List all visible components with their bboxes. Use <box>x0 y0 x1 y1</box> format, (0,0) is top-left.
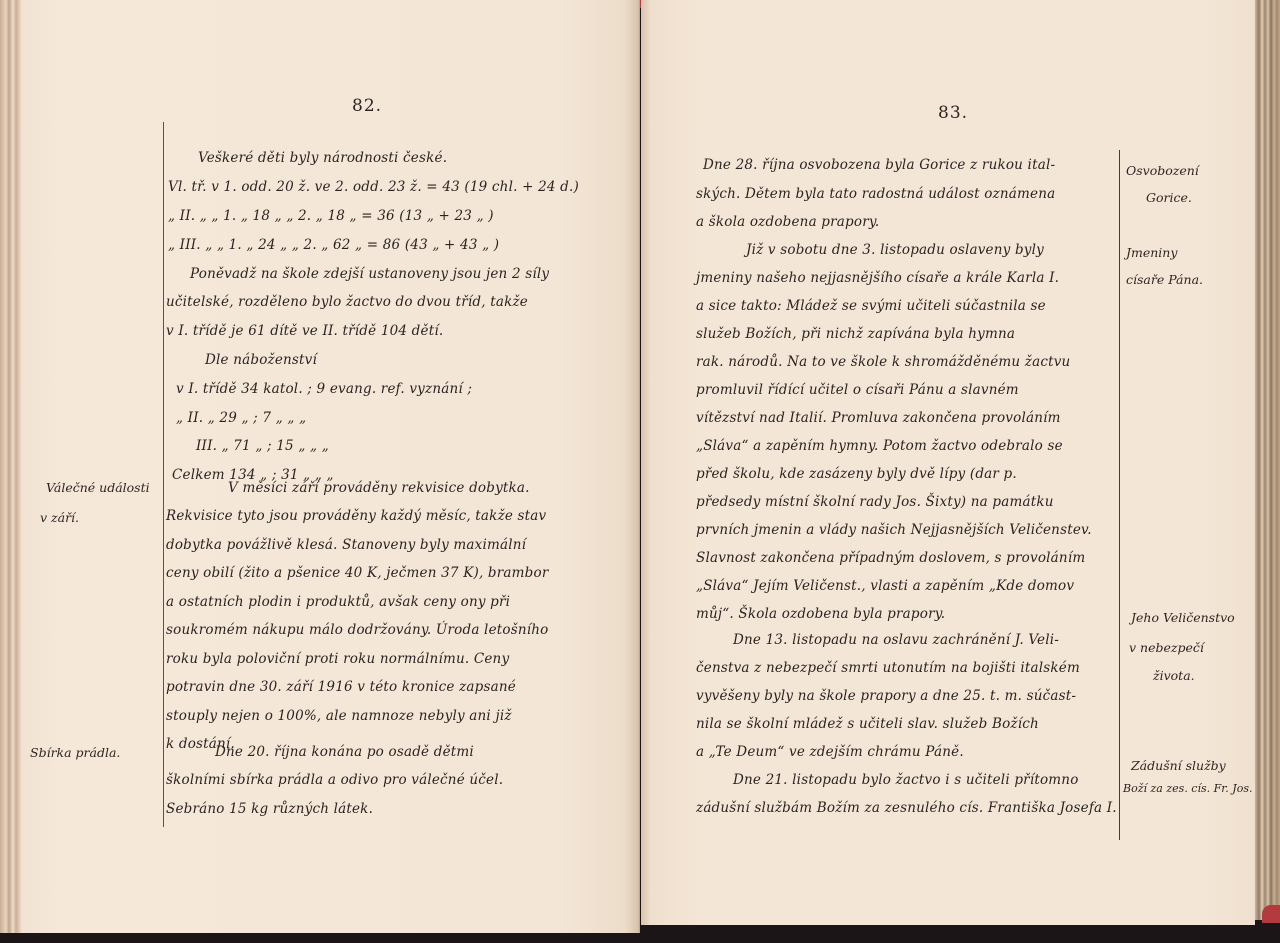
text-line: jmeniny našeho nejjasnějšího císaře a kr… <box>696 270 1059 286</box>
open-book-spread: 82. Veškeré děti byly národnosti české. … <box>0 0 1280 943</box>
text-line: Dle náboženství <box>205 352 317 368</box>
text-line: a ostatních plodin i produktů, avšak cen… <box>166 594 510 610</box>
text-line: zádušní službám Božím za zesnulého cís. … <box>696 800 1117 816</box>
text-line: „Sláva“ Jejím Veličenst., vlasti a zapěn… <box>696 578 1074 594</box>
margin-note: Jeho Veličenstvo <box>1131 610 1235 625</box>
text-line: „ III. „ „ 1. „ 24 „ „ 2. „ 62 „ = 86 (4… <box>168 237 499 253</box>
margin-note: Válečné události <box>46 480 150 495</box>
margin-note: Jmeniny <box>1126 245 1177 260</box>
text-line: rak. národů. Na to ve škole k shromážděn… <box>696 354 1070 370</box>
text-line: a sice takto: Mládež se svými učiteli sú… <box>696 298 1046 314</box>
text-line: Dne 21. listopadu bylo žactvo i s učitel… <box>733 772 1079 788</box>
text-line: roku byla poloviční proti roku normálním… <box>166 651 509 667</box>
margin-rule-right <box>1119 150 1120 840</box>
text-line: „ II. „ „ 1. „ 18 „ „ 2. „ 18 „ = 36 (13… <box>168 208 494 224</box>
text-line: nila se školní mládež s učiteli slav. sl… <box>696 716 1039 732</box>
text-line: učitelské, rozděleno bylo žactvo do dvou… <box>166 294 528 310</box>
text-line: ceny obilí (žito a pšenice 40 K, ječmen … <box>166 565 549 581</box>
text-line: Dne 13. listopadu na oslavu zachránění J… <box>733 632 1059 648</box>
page-stack-edge <box>1255 0 1280 920</box>
margin-note: v nebezpečí <box>1129 640 1204 655</box>
text-line: potravin dne 30. září 1916 v této kronic… <box>166 679 516 695</box>
margin-note: Sbírka prádla. <box>30 745 120 760</box>
text-line: soukromém nákupu málo dodržovány. Úroda … <box>166 622 548 638</box>
text-line: Dne 28. října osvobozena byla Gorice z r… <box>703 157 1055 173</box>
text-line: školními sbírka prádla a odivo pro váleč… <box>166 772 503 788</box>
margin-note: Boží za zes. cís. Fr. Jos. I. <box>1123 782 1264 795</box>
text-line: vyvěšeny byly na škole prapory a dne 25.… <box>696 688 1076 704</box>
text-line: V měsíci září prováděny rekvisice dobytk… <box>228 480 530 496</box>
page-number-right: 83. <box>938 103 968 123</box>
text-line: služeb Božích, při nichž zapívána byla h… <box>696 326 1015 342</box>
text-line: „ II. „ 29 „ ; 7 „ „ „ <box>176 410 306 426</box>
text-line: Sebráno 15 kg různých látek. <box>166 801 373 817</box>
margin-note: v září. <box>40 510 79 525</box>
left-page: 82. Veškeré děti byly národnosti české. … <box>0 0 640 933</box>
text-line: ských. Dětem byla tato radostná událost … <box>696 186 1055 202</box>
text-line: prvních jmenin a vlády našich Nejjasnějš… <box>696 522 1092 538</box>
text-line: promluvil řídící učitel o císaři Pánu a … <box>696 382 1019 398</box>
text-line: Veškeré děti byly národnosti české. <box>198 150 447 166</box>
margin-note: Gorice. <box>1146 190 1192 205</box>
text-line: a škola ozdobena prapory. <box>696 214 879 230</box>
text-line: Dne 20. října konána po osadě dětmi <box>215 744 474 760</box>
text-line: Slavnost zakončena případným doslovem, s… <box>696 550 1085 566</box>
text-line: před školu, kde zasázeny byly dvě lípy (… <box>696 466 1017 482</box>
text-line: v I. třídě 34 katol. ; 9 evang. ref. vyz… <box>176 381 472 397</box>
text-line: stouply nejen o 100%, ale namnoze nebyly… <box>166 708 512 724</box>
text-line: vítězství nad Italií. Promluva zakončena… <box>696 410 1061 426</box>
right-page: 83. Dne 28. října osvobozena byla Gorice… <box>641 0 1255 925</box>
text-line: v I. třídě je 61 dítě ve II. třídě 104 d… <box>166 323 443 339</box>
text-line: můj“. Škola ozdobena byla prapory. <box>696 606 945 622</box>
text-line: předsedy místní školní rady Jos. Šixty) … <box>696 494 1054 510</box>
page-number-left: 82. <box>352 96 382 116</box>
margin-note: císaře Pána. <box>1126 272 1203 287</box>
margin-note: Zádušní služby <box>1131 758 1226 773</box>
text-line: a „Te Deum“ ve zdejším chrámu Páně. <box>696 744 964 760</box>
margin-note: života. <box>1153 668 1195 683</box>
text-line: Rekvisice tyto jsou prováděny každý měsí… <box>166 508 546 524</box>
margin-note: Osvobození <box>1126 163 1199 178</box>
cover-corner <box>1262 905 1280 923</box>
text-line: Již v sobotu dne 3. listopadu oslaveny b… <box>746 242 1044 258</box>
text-line: III. „ 71 „ ; 15 „ „ „ <box>196 438 329 454</box>
text-line: „Sláva“ a zapěním hymny. Potom žactvo od… <box>696 438 1063 454</box>
text-line: dobytka povážlivě klesá. Stanoveny byly … <box>166 537 526 553</box>
text-line: čenstva z nebezpečí smrti utonutím na bo… <box>696 660 1080 676</box>
margin-rule-left <box>163 122 164 827</box>
text-line: Vl. tř. v 1. odd. 20 ž. ve 2. odd. 23 ž.… <box>168 179 579 195</box>
text-line: Poněvadž na škole zdejší ustanoveny jsou… <box>190 266 549 282</box>
